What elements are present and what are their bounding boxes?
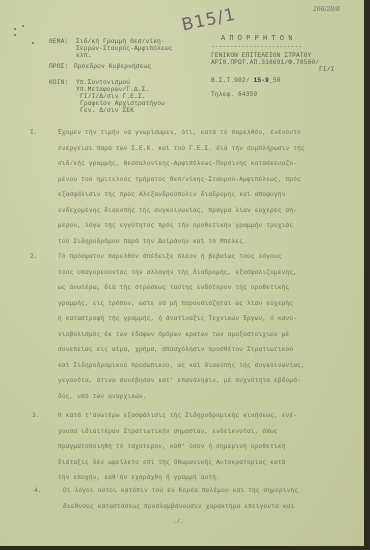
text-line: ως άνωτέρω, διά τής στρώσεως ταύτης ενδό… <box>58 284 358 300</box>
text-line: τούς υπαγορεύοντας τήν αλλαγήν τής διαδρ… <box>58 269 358 285</box>
subject-label: ΘΕΜΑ: <box>49 38 68 45</box>
cc-line: Γεν. Δ/σιν ΣΕΚ <box>80 107 134 114</box>
paragraph-2: Τό πρόσφατον παρελθόν άπέδειξε πλέον ή β… <box>58 253 358 408</box>
text-line: τού Σιδηροδρόμου παρά τήν Δοϊράνην καί τ… <box>58 238 358 254</box>
subject-line: κλπ. <box>76 52 91 59</box>
paragraph-1: Έχομεν τήν τιμήν νά γνωρίσωμεν, ότι, κατ… <box>58 129 358 253</box>
text-line: πραγματοποιηθή τό ταχύτερον, καθ' όσον ή… <box>58 443 358 459</box>
classification-underline: ------------------------ <box>211 43 302 50</box>
text-line: Η κατά τ'άνωτέρω εξασφάλισις τής Σιδηροδ… <box>58 412 358 428</box>
text-line: εξασφάλισιν τής πρός Αλεξανδρούπολιν δια… <box>58 191 358 207</box>
archive-reference: 266/28/8 <box>313 6 340 13</box>
protocol-number: ΑΡΙΘ.ΠΡΩΤ.ΑΠ.318691/Φ.78500/ <box>211 59 319 66</box>
handwritten-reference: B15/1 <box>180 5 238 36</box>
text-line: νιοβολισμός έκ τών έδαφών όμόρων κρατών … <box>58 331 358 347</box>
text-line: καί Σιδηροδρομικού προσωπικού, ώς καί δι… <box>58 362 358 378</box>
paragraph-number: 3. <box>32 412 39 419</box>
text-line: διάταξις δέν ωφείλετο επί τής Οθωμανικής… <box>58 459 358 475</box>
paragraph-number: 4. <box>34 487 41 494</box>
text-line: Έχομεν τήν τιμήν νά γνωρίσωμεν, ότι, κατ… <box>58 129 358 145</box>
text-line: συνεπείας εις αίμα, χρήμα, άπασχόλησιν π… <box>58 346 358 362</box>
paragraph-number: I. <box>30 129 37 136</box>
postal-prefix: Β.Σ.Τ.902/ <box>211 77 250 84</box>
continuation-mark: ./. <box>173 518 184 525</box>
postal-date-line: Β.Σ.Τ.902/ 15-9_50 <box>211 77 281 84</box>
text-line: δος, υπό τών αναρχικών. <box>58 393 358 409</box>
paragraph-number: 2. <box>30 253 37 260</box>
date-day-month: 15-9 <box>254 77 269 84</box>
to-label: ΠΡΟΣ: <box>49 63 68 70</box>
text-line: γραμμής, εις τρόπον, ώστε νά μή παρουσιά… <box>58 300 358 316</box>
paragraph-4: Οί λόγοι ούτοι κατόπιν τού έν Κορέα πολέ… <box>63 487 363 518</box>
text-line: Τό πρόσφατον παρελθόν άπέδειξε πλέον ή β… <box>58 253 358 269</box>
margin-mark <box>14 28 16 30</box>
text-line: μερον, λόγω τής εγγύτητος πρός τήν οροθε… <box>58 222 358 238</box>
text-line: ενδεχομένης διακοπής τής συγκοινωνίας, π… <box>58 207 358 223</box>
to-value: Πρόεδρον Κυβερνήσεως <box>74 63 151 70</box>
date-year: _50 <box>269 77 281 84</box>
text-line: γεγονότα, άτινα συνέβησαν κατ' επανάληψι… <box>58 377 358 393</box>
text-line: μένου τού ημιτελούς τμήματος Θεσ/νίκης-Σ… <box>58 176 358 192</box>
phone: Τηλεφ. 64359 <box>211 91 257 98</box>
protocol-suffix: ΓΙ/Ι <box>319 66 334 73</box>
margin-mark <box>22 25 24 27</box>
margin-mark <box>14 34 16 36</box>
document-page: 266/28/8 B15/1 ΘΕΜΑ: Σιδ/κή Γραμμή Θεσ/ν… <box>0 0 364 546</box>
paragraph-3: Η κατά τ'άνωτέρω εξασφάλισις τής Σιδηροδ… <box>58 412 358 490</box>
cc-label: ΚΟΙΝ: <box>49 79 68 86</box>
margin-mark <box>32 42 34 44</box>
text-line: ένέργειαι παρά τών Σ.Ε.Κ. καί τού Γ.Ε.Σ.… <box>58 145 358 161</box>
text-line: Οί λόγοι ούτοι κατόπιν τού έν Κορέα πολέ… <box>63 487 363 503</box>
text-line: διεθνούς καταστάσεως προσλαμβάνουσιν χαρ… <box>63 503 363 519</box>
text-line: σιδ/κής γραμμής, Θεσσαλονίκης-Αμφιπόλεως… <box>58 160 358 176</box>
classification-stamp: ΑΠΟΡΡΗΤΟΝ <box>221 35 297 43</box>
text-line: χουσα ιδιαιτέραν Στρατιωτικήν σημασίαν, … <box>58 428 358 444</box>
text-line: ή καταστροφή τής γραμμής, ή άνατίναξις Τ… <box>58 315 358 331</box>
